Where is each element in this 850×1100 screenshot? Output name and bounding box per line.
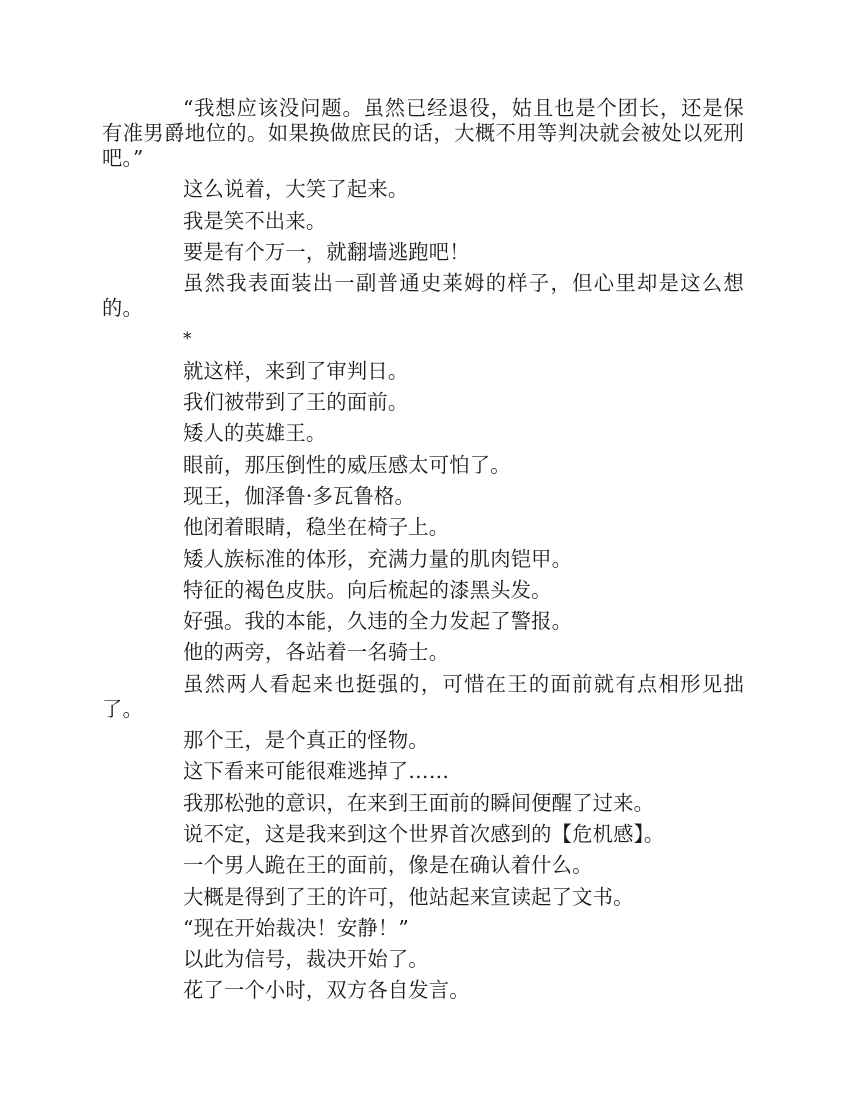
- paragraph: 特征的褐色皮肤。向后梳起的漆黑头发。: [102, 578, 744, 603]
- paragraph: 我是笑不出来。: [102, 209, 744, 234]
- paragraph: 我们被带到了王的面前。: [102, 390, 744, 415]
- paragraph-dialogue-trial-start: “现在开始裁决！安静！”: [102, 916, 744, 941]
- paragraph: 他闭着眼睛，稳坐在椅子上。: [102, 515, 744, 540]
- paragraph: 我那松弛的意识，在来到王面前的瞬间便醒了过来。: [102, 791, 744, 816]
- paragraph: 眼前，那压倒性的威压感太可怕了。: [102, 453, 744, 478]
- paragraph: 这么说着，大笑了起来。: [102, 177, 744, 202]
- paragraph: 现王，伽泽鲁·多瓦鲁格。: [102, 484, 744, 509]
- paragraph: 矮人的英雄王。: [102, 421, 744, 446]
- paragraph: 矮人族标准的体形，充满力量的肌肉铠甲。: [102, 547, 744, 572]
- paragraph: 好强。我的本能，久违的全力发起了警报。: [102, 609, 744, 634]
- paragraph: 这下看来可能很难逃掉了……: [102, 759, 744, 784]
- paragraph: 那个王，是个真正的怪物。: [102, 728, 744, 753]
- paragraph: 以此为信号，裁决开始了。: [102, 947, 744, 972]
- paragraph: 说不定，这是我来到这个世界首次感到的【危机感】。: [102, 822, 744, 847]
- paragraph: 一个男人跪在王的面前，像是在确认着什么。: [102, 853, 744, 878]
- document-page: “我想应该没问题。虽然已经退役，姑且也是个团长，还是保有准男爵地位的。如果换做庶…: [102, 96, 744, 1010]
- paragraph: 花了一个小时，双方各自发言。: [102, 978, 744, 1003]
- paragraph: 他的两旁，各站着一名骑士。: [102, 640, 744, 665]
- paragraph-dialogue-captain: “我想应该没问题。虽然已经退役，姑且也是个团长，还是保有准男爵地位的。如果换做庶…: [102, 96, 744, 171]
- paragraph: 大概是得到了王的许可，他站起来宣读起了文书。: [102, 885, 744, 910]
- paragraph: 就这样，来到了审判日。: [102, 359, 744, 384]
- paragraph: 虽然两人看起来也挺强的，可惜在王的面前就有点相形见拙了。: [102, 672, 744, 722]
- paragraph: 虽然我表面装出一副普通史莱姆的样子，但心里却是这么想的。: [102, 271, 744, 321]
- paragraph: 要是有个万一，就翻墙逃跑吧！: [102, 240, 744, 265]
- section-separator: *: [102, 327, 744, 352]
